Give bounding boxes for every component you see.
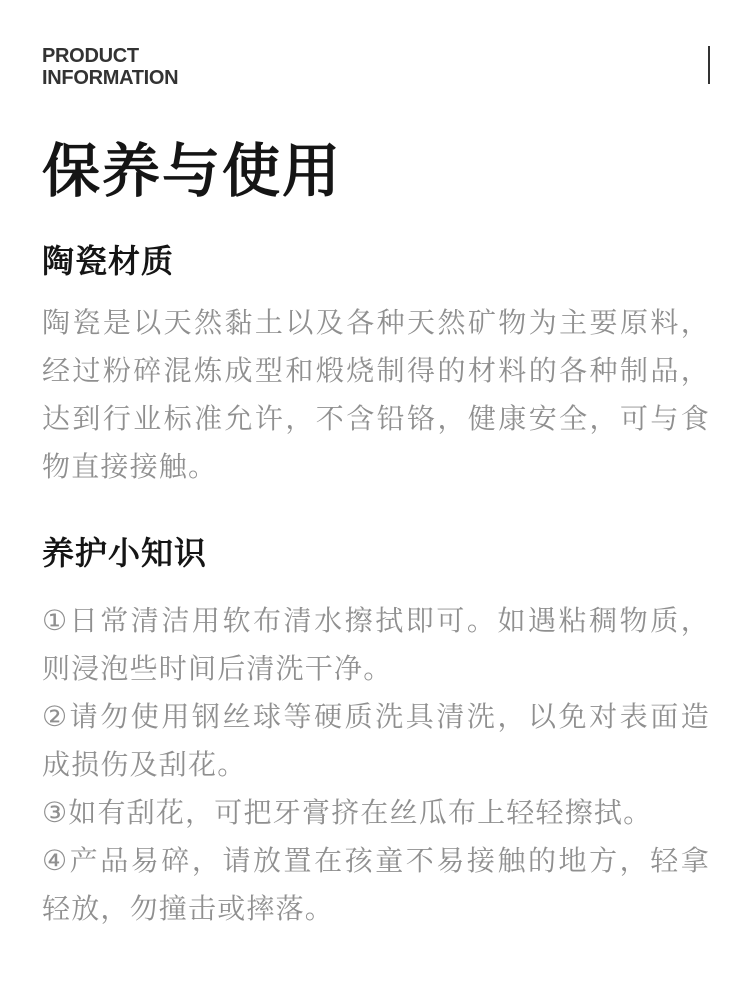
- page-title: 保养与使用: [42, 139, 710, 205]
- eyebrow-line2: INFORMATION: [42, 67, 178, 89]
- section-heading-material: 陶瓷材质: [42, 241, 710, 281]
- care-tip-item: ③如有刮花，可把牙膏挤在丝瓜布上轻轻擦拭。: [42, 789, 710, 837]
- care-tip-item: ①日常清洁用软布清水擦拭即可。如遇粘稠物质，则浸泡些时间后清洗干净。: [42, 597, 710, 693]
- section-heading-care: 养护小知识: [42, 533, 710, 573]
- product-information-panel: PRODUCT INFORMATION 保养与使用 陶瓷材质 陶瓷是以天然黏土以…: [0, 0, 750, 933]
- eyebrow-label: PRODUCT INFORMATION: [42, 45, 178, 89]
- header-row: PRODUCT INFORMATION: [42, 45, 710, 89]
- care-tip-item: ④产品易碎，请放置在孩童不易接触的地方，轻拿轻放，勿撞击或摔落。: [42, 837, 710, 933]
- care-tip-list: ①日常清洁用软布清水擦拭即可。如遇粘稠物质，则浸泡些时间后清洗干净。 ②请勿使用…: [42, 597, 710, 933]
- vertical-divider: [708, 46, 710, 84]
- eyebrow-line1: PRODUCT: [42, 45, 178, 67]
- material-description: 陶瓷是以天然黏土以及各种天然矿物为主要原料，经过粉碎混炼成型和煅烧制得的材料的各…: [42, 299, 710, 491]
- care-tip-item: ②请勿使用钢丝球等硬质洗具清洗，以免对表面造成损伤及刮花。: [42, 693, 710, 789]
